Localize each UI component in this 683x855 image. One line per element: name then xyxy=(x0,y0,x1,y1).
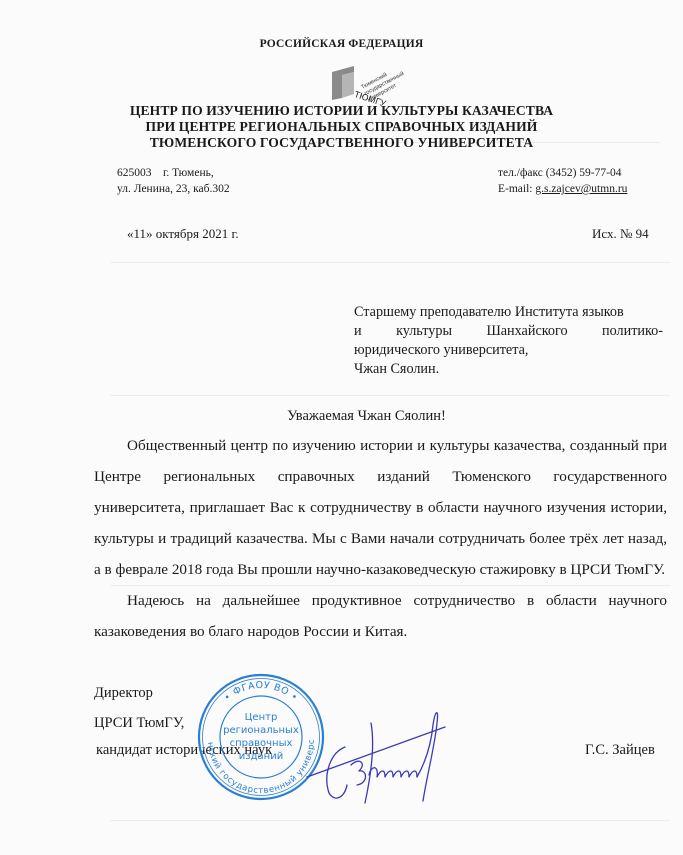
organization-name: ЦЕНТР ПО ИЗУЧЕНИЮ ИСТОРИИ И КУЛЬТУРЫ КАЗ… xyxy=(0,103,683,151)
stamp-center-4: изданий xyxy=(239,751,283,762)
outgoing-number: Исх. № 94 xyxy=(592,226,649,242)
stamp-center-1: Центр xyxy=(245,712,278,723)
postal-address: 625003 г. Тюмень, ул. Ленина, 23, каб.30… xyxy=(117,165,230,197)
stamp-center-3: справочных xyxy=(230,738,293,749)
addressee-line-2: и культуры Шанхайского политико- xyxy=(354,322,663,341)
show-through-line xyxy=(110,820,670,821)
org-line-1: ЦЕНТР ПО ИЗУЧЕНИЮ ИСТОРИИ И КУЛЬТУРЫ КАЗ… xyxy=(0,103,683,119)
addressee-line-1: Старшему преподавателю Института языков xyxy=(354,303,663,322)
addressee-block: Старшему преподавателю Института языков … xyxy=(354,303,663,379)
signatory-unit: ЦРСИ ТюмГУ, xyxy=(94,715,184,732)
stamp-center-2: региональных xyxy=(223,725,299,736)
svg-text:• ФГАОУ ВО •: • ФГАОУ ВО • xyxy=(222,680,300,704)
addressee-line-4: Чжан Сяолин. xyxy=(354,360,663,379)
body-paragraph-1: Общественный центр по изучению истории и… xyxy=(94,430,667,585)
email-link[interactable]: g.s.zajcev@utmn.ru xyxy=(535,183,627,195)
stamp-ring-top: • ФГАОУ ВО • xyxy=(222,680,300,704)
phone-fax: тел./факс (3452) 59-77-04 xyxy=(498,165,627,181)
address-line-2: ул. Ленина, 23, каб.302 xyxy=(117,181,230,197)
body-paragraph-2: Надеюсь на дальнейшее продуктивное сотру… xyxy=(94,585,667,647)
show-through-line xyxy=(110,262,670,263)
org-line-3: ТЮМЕНСКОГО ГОСУДАРСТВЕННОГО УНИВЕРСИТЕТА xyxy=(0,135,683,151)
salutation: Уважаемая Чжан Сяолин! xyxy=(0,408,683,425)
email-row: E-mail: g.s.zajcev@utmn.ru xyxy=(498,181,627,197)
tyumgu-logo-icon: Тюменский государственный университет ТЮ… xyxy=(328,58,438,106)
show-through-line xyxy=(110,395,670,396)
org-line-2: ПРИ ЦЕНТРЕ РЕГИОНАЛЬНЫХ СПРАВОЧНЫХ ИЗДАН… xyxy=(0,119,683,135)
contact-info: тел./факс (3452) 59-77-04 E-mail: g.s.za… xyxy=(498,165,627,197)
letter-date: «11» октября 2021 г. xyxy=(127,226,239,242)
email-label: E-mail: xyxy=(498,183,535,195)
address-line-1: 625003 г. Тюмень, xyxy=(117,165,230,181)
signatory-position: Директор xyxy=(94,685,153,702)
handwritten-signature-icon xyxy=(305,705,455,805)
signatory-name: Г.С. Зайцев xyxy=(585,742,655,759)
letter-body: Общественный центр по изучению истории и… xyxy=(94,430,667,647)
addressee-line-3: юридического университета, xyxy=(354,341,663,360)
country-heading: РОССИЙСКАЯ ФЕДЕРАЦИЯ xyxy=(0,38,683,50)
letter-page: РОССИЙСКАЯ ФЕДЕРАЦИЯ Тюменский государст… xyxy=(0,0,683,855)
